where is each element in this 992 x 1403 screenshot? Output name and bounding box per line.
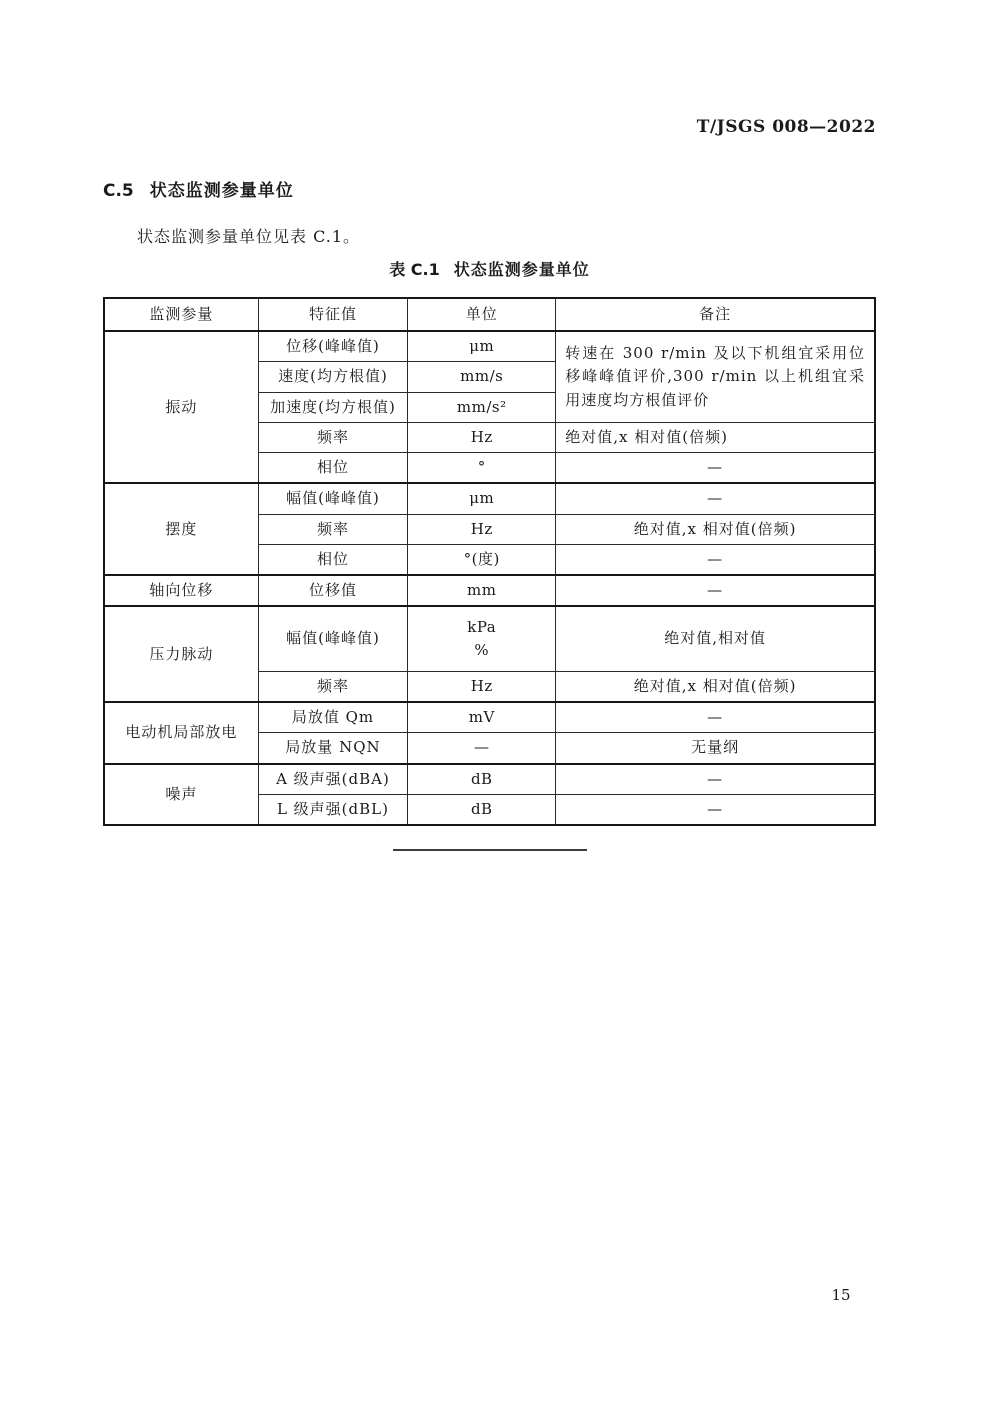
param-cell: 噪声 <box>104 764 258 826</box>
feature-cell: 频率 <box>258 514 408 544</box>
unit-cell: mm <box>408 575 556 606</box>
feature-cell: 相位 <box>258 544 408 575</box>
feature-cell: 速度(均方根值) <box>258 362 408 392</box>
unit-cell: mm/s² <box>408 392 556 422</box>
note-cell: 绝对值,x 相对值(倍频) <box>556 422 875 452</box>
section-heading-number: C.5 <box>103 181 134 201</box>
unit-cell: — <box>408 733 556 764</box>
section-heading: C.5状态监测参量单位 <box>103 176 294 201</box>
table-row: 摆度幅值(峰峰值)μm— <box>104 483 875 514</box>
note-cell: — <box>556 702 875 733</box>
intro-paragraph: 状态监测参量单位见表 C.1。 <box>137 224 360 247</box>
unit-cell: μm <box>408 331 556 362</box>
feature-cell: L 级声强(dBL) <box>258 794 408 825</box>
note-cell: 绝对值,相对值 <box>556 606 875 671</box>
note-cell: 绝对值,x 相对值(倍频) <box>556 671 875 702</box>
column-header: 单位 <box>408 298 556 331</box>
feature-cell: 位移(峰峰值) <box>258 331 408 362</box>
table-caption: 表 C.1状态监测参量单位 <box>103 257 876 280</box>
note-cell: — <box>556 794 875 825</box>
document-page: T/JSGS 008—2022 C.5状态监测参量单位 状态监测参量单位见表 C… <box>0 0 992 1403</box>
unit-cell: ° <box>408 453 556 484</box>
unit-cell: mm/s <box>408 362 556 392</box>
note-cell: 转速在 300 r/min 及以下机组宜采用位移峰峰值评价,300 r/min … <box>556 331 875 422</box>
unit-cell: dB <box>408 794 556 825</box>
unit-cell: kPa % <box>408 606 556 671</box>
unit-cell: mV <box>408 702 556 733</box>
param-cell: 压力脉动 <box>104 606 258 702</box>
section-heading-title: 状态监测参量单位 <box>150 181 294 201</box>
table-wrap: 监测参量特征值单位备注 振动位移(峰峰值)μm转速在 300 r/min 及以下… <box>103 297 876 826</box>
param-cell: 轴向位移 <box>104 575 258 606</box>
unit-cell: dB <box>408 764 556 795</box>
table-row: 压力脉动幅值(峰峰值)kPa %绝对值,相对值 <box>104 606 875 671</box>
table-row: 电动机局部放电局放值 QmmV— <box>104 702 875 733</box>
note-cell: — <box>556 575 875 606</box>
feature-cell: A 级声强(dBA) <box>258 764 408 795</box>
page-number: 15 <box>821 1286 861 1304</box>
feature-cell: 幅值(峰峰值) <box>258 606 408 671</box>
feature-cell: 位移值 <box>258 575 408 606</box>
doc-number: T/JSGS 008—2022 <box>697 117 876 137</box>
monitoring-table-body: 振动位移(峰峰值)μm转速在 300 r/min 及以下机组宜采用位移峰峰值评价… <box>104 331 875 825</box>
table-caption-title: 状态监测参量单位 <box>454 260 590 279</box>
column-header: 特征值 <box>258 298 408 331</box>
table-row: 振动位移(峰峰值)μm转速在 300 r/min 及以下机组宜采用位移峰峰值评价… <box>104 331 875 362</box>
unit-cell: Hz <box>408 671 556 702</box>
table-head: 监测参量特征值单位备注 <box>104 298 875 331</box>
param-cell: 摆度 <box>104 483 258 575</box>
param-cell: 振动 <box>104 331 258 483</box>
unit-cell: μm <box>408 483 556 514</box>
unit-cell: °(度) <box>408 544 556 575</box>
unit-cell: Hz <box>408 514 556 544</box>
note-cell: — <box>556 544 875 575</box>
table-caption-label: 表 C.1 <box>389 260 440 279</box>
feature-cell: 局放量 NQN <box>258 733 408 764</box>
table-row: 轴向位移位移值mm— <box>104 575 875 606</box>
param-cell: 电动机局部放电 <box>104 702 258 764</box>
feature-cell: 局放值 Qm <box>258 702 408 733</box>
feature-cell: 幅值(峰峰值) <box>258 483 408 514</box>
column-header: 监测参量 <box>104 298 258 331</box>
note-cell: — <box>556 453 875 484</box>
feature-cell: 加速度(均方根值) <box>258 392 408 422</box>
feature-cell: 频率 <box>258 671 408 702</box>
note-cell: — <box>556 764 875 795</box>
feature-cell: 相位 <box>258 453 408 484</box>
note-cell: — <box>556 483 875 514</box>
feature-cell: 频率 <box>258 422 408 452</box>
end-of-document-separator <box>393 849 587 851</box>
note-cell: 绝对值,x 相对值(倍频) <box>556 514 875 544</box>
column-header: 备注 <box>556 298 875 331</box>
note-cell: 无量纲 <box>556 733 875 764</box>
unit-cell: Hz <box>408 422 556 452</box>
table-header-row: 监测参量特征值单位备注 <box>104 298 875 331</box>
monitoring-parameters-table: 监测参量特征值单位备注 振动位移(峰峰值)μm转速在 300 r/min 及以下… <box>103 297 876 826</box>
table-row: 噪声A 级声强(dBA)dB— <box>104 764 875 795</box>
